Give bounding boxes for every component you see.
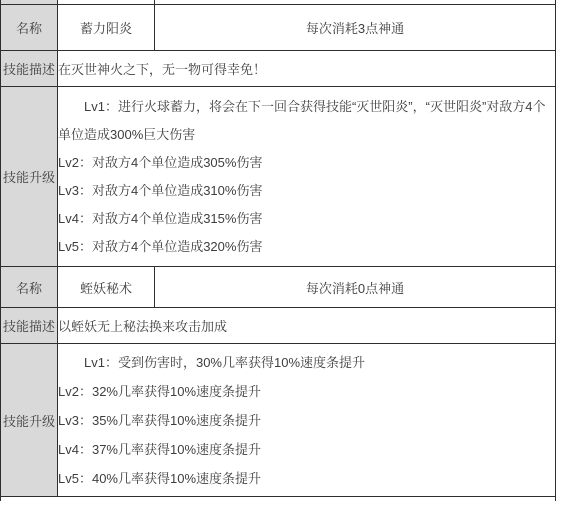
row-label-skill-description: 技能描述 [1,308,58,344]
partial-cell [1,497,556,502]
skill-description-cell: 在灭世神火之下，无一物可得幸免！ [58,51,556,87]
row-label-skill-description: 技能描述 [1,51,58,87]
skill-info-table: 名称 蓄力阳炎 每次消耗3点神通 技能描述 在灭世神火之下，无一物可得幸免！ 技… [0,0,556,501]
row-label-skill-upgrade: 技能升级 [1,87,58,267]
skill-cost-cell: 每次消耗0点神通 [155,267,556,308]
upgrade-line-lv2: Lv2：对敌方4个单位造成305%伤害 [58,149,555,177]
skill1-upgrade-row: 技能升级 Lv1：进行火球蓄力，将会在下一回合获得技能“灭世阳炎”，“灭世阳炎”… [1,87,556,267]
upgrade-line-lv5: Lv5：对敌方4个单位造成320%伤害 [58,233,555,261]
upgrade-line-lv1: Lv1：进行火球蓄力，将会在下一回合获得技能“灭世阳炎”，“灭世阳炎”对敌方4个… [58,93,555,149]
skill-description-cell: 以蛭妖无上秘法换来攻击加成 [58,308,556,344]
skill-name-cell: 蛭妖秘术 [58,267,155,308]
upgrade-line-lv3: Lv3：35%几率获得10%速度条提升 [58,406,555,435]
row-label-name: 名称 [1,267,58,308]
skill1-name-row: 名称 蓄力阳炎 每次消耗3点神通 [1,5,556,51]
skill-name-cell: 蓄力阳炎 [58,5,155,51]
row-label-skill-upgrade: 技能升级 [1,344,58,497]
skill2-name-row: 名称 蛭妖秘术 每次消耗0点神通 [1,267,556,308]
upgrade-line-lv4: Lv4：37%几率获得10%速度条提升 [58,435,555,464]
skill-cost-cell: 每次消耗3点神通 [155,5,556,51]
upgrade-line-lv1: Lv1：受到伤害时，30%几率获得10%速度条提升 [58,348,555,377]
skill-upgrade-cell: Lv1：进行火球蓄力，将会在下一回合获得技能“灭世阳炎”，“灭世阳炎”对敌方4个… [58,87,556,267]
partial-row-bottom [1,497,556,502]
row-label-name: 名称 [1,5,58,51]
skill2-upgrade-row: 技能升级 Lv1：受到伤害时，30%几率获得10%速度条提升 Lv2：32%几率… [1,344,556,497]
upgrade-line-lv5: Lv5：40%几率获得10%速度条提升 [58,464,555,493]
skill2-description-row: 技能描述 以蛭妖无上秘法换来攻击加成 [1,308,556,344]
skill1-description-row: 技能描述 在灭世神火之下，无一物可得幸免！ [1,51,556,87]
skill-upgrade-cell: Lv1：受到伤害时，30%几率获得10%速度条提升 Lv2：32%几率获得10%… [58,344,556,497]
upgrade-line-lv3: Lv3：对敌方4个单位造成310%伤害 [58,177,555,205]
upgrade-line-lv4: Lv4：对敌方4个单位造成315%伤害 [58,205,555,233]
upgrade-line-lv2: Lv2：32%几率获得10%速度条提升 [58,377,555,406]
